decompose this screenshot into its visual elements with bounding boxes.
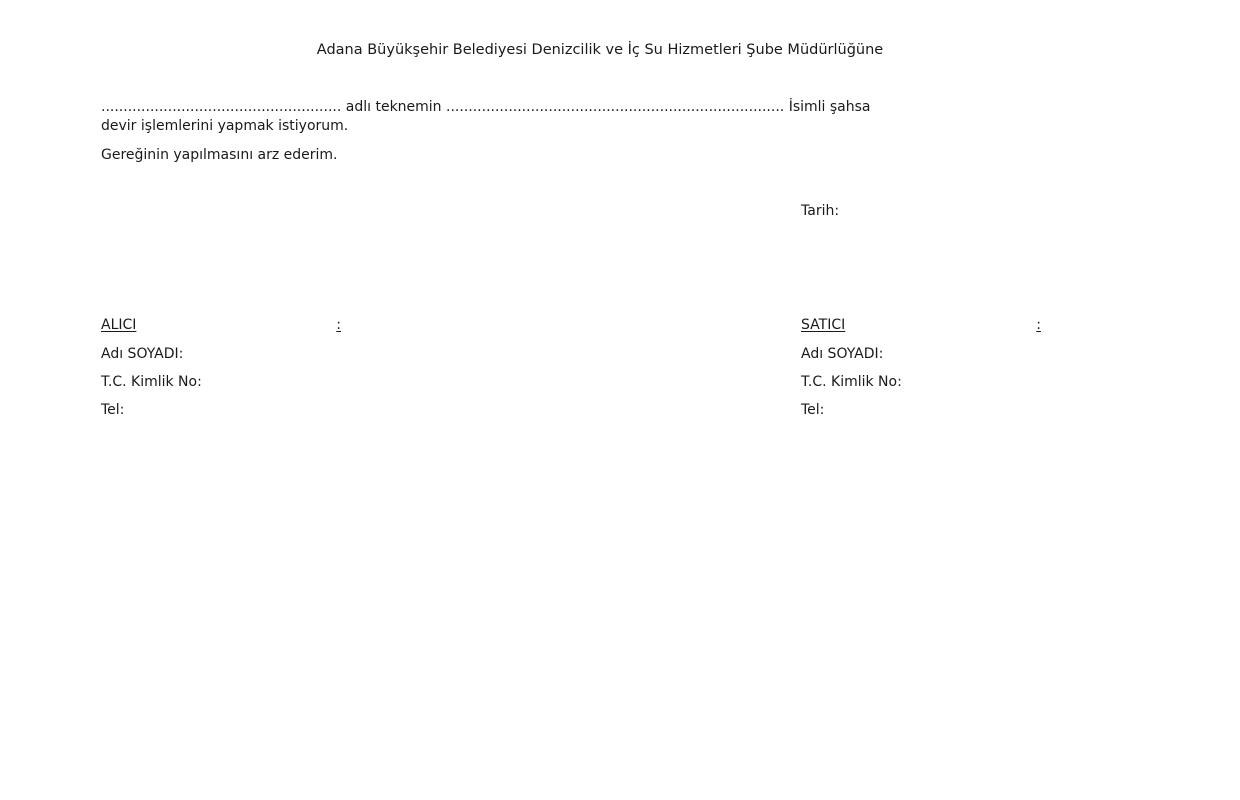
buyer-heading-colon: : xyxy=(336,317,341,333)
request-closing: Gereğinin yapılmasını arz ederim. xyxy=(101,147,338,163)
seller-id-label: T.C. Kimlik No: xyxy=(801,374,902,390)
seller-name-label: Adı SOYADI: xyxy=(801,346,883,362)
seller-phone-label: Tel: xyxy=(801,402,824,418)
buyer-id-label: T.C. Kimlik No: xyxy=(101,374,202,390)
seller-heading-text: SATICI xyxy=(801,317,845,333)
transfer-statement-continuation: devir işlemlerini yapmak istiyorum. xyxy=(101,118,348,134)
recipient-phrase: İsimli şahsa xyxy=(789,99,871,115)
seller-heading-colon: : xyxy=(1036,317,1041,333)
boat-name-blank: ........................................… xyxy=(101,99,341,115)
buyer-heading: ALICI : xyxy=(101,317,341,333)
transfer-statement-line: ........................................… xyxy=(101,99,1101,115)
boat-phrase: adlı teknemin xyxy=(346,99,442,115)
buyer-name-label: Adı SOYADI: xyxy=(101,346,183,362)
seller-heading: SATICI : xyxy=(801,317,1041,333)
recipient-name-blank: ........................................… xyxy=(446,99,784,115)
buyer-phone-label: Tel: xyxy=(101,402,124,418)
buyer-heading-text: ALICI xyxy=(101,317,136,333)
document-title: Adana Büyükşehir Belediyesi Denizcilik v… xyxy=(0,42,1200,58)
date-label: Tarih: xyxy=(801,203,839,219)
